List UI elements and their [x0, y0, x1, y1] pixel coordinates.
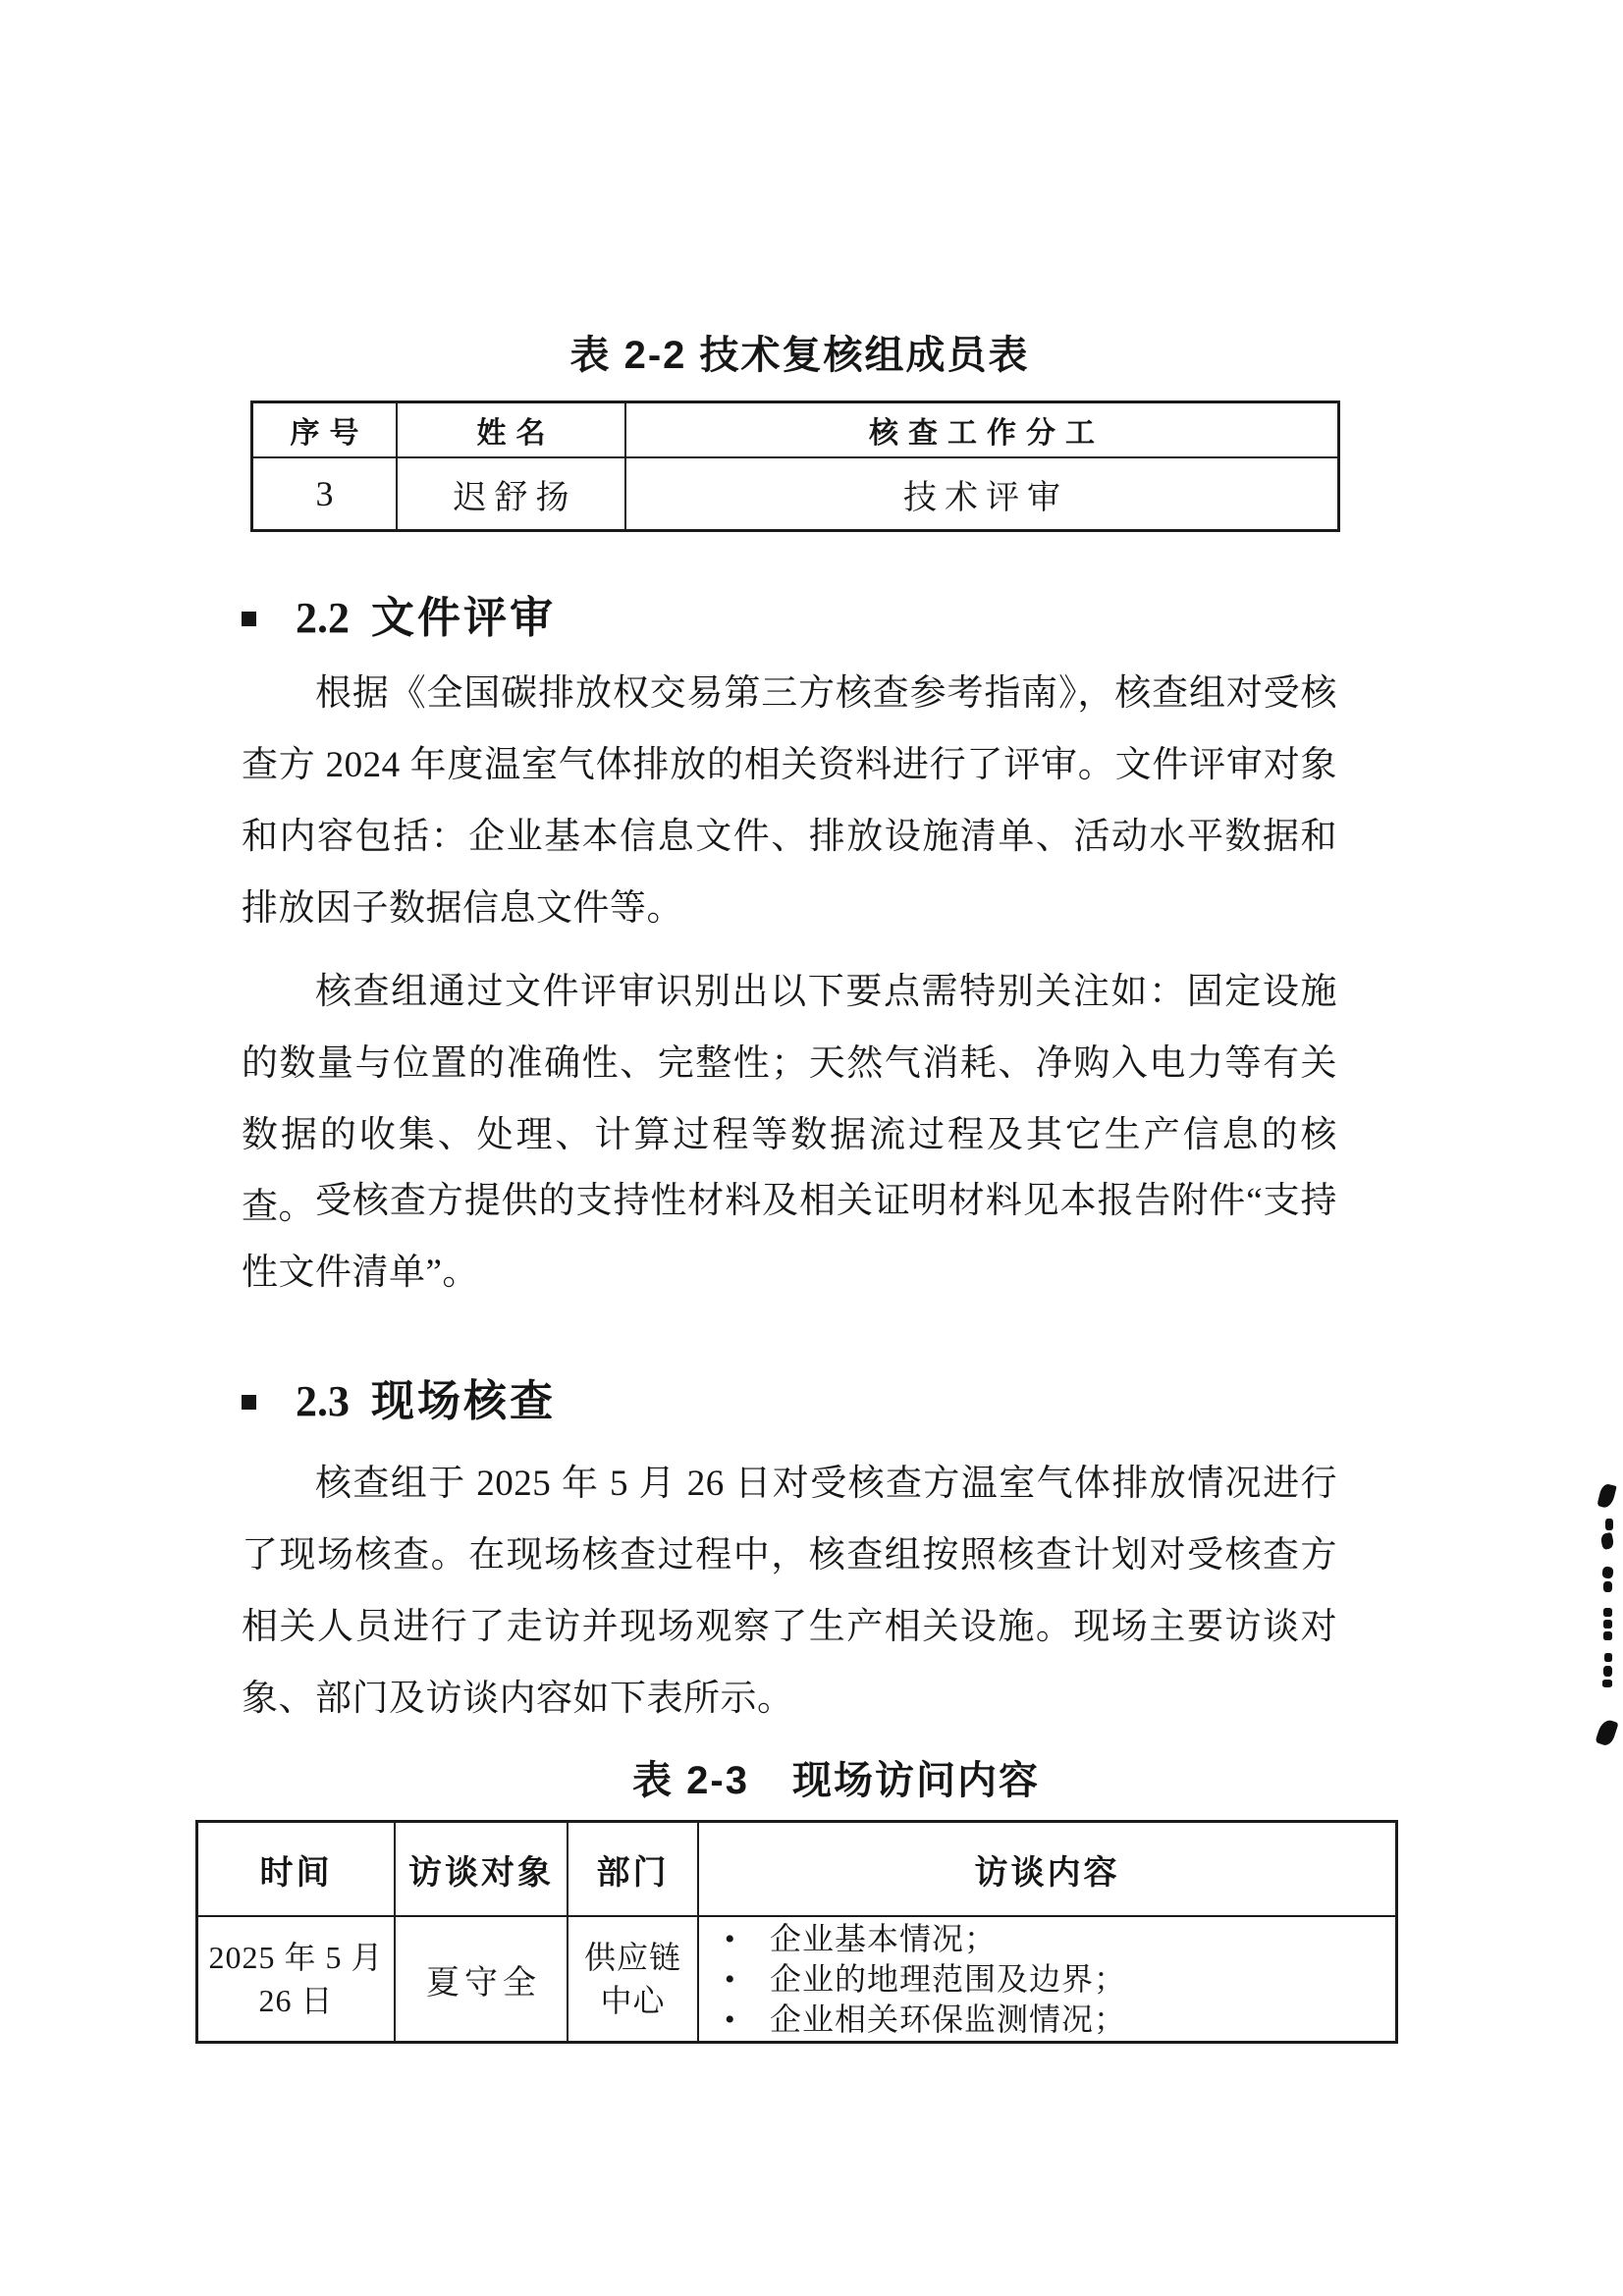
section-2-2-number: 2.2 [296, 593, 350, 644]
table-2-3-header-content: 访谈内容 [699, 1823, 1395, 1917]
document-page: 表 2-2 技术复核组成员表 序号 姓名 核查工作分工 3 迟舒扬 技术评审 2… [0, 0, 1623, 2296]
table-2-2-cell-name: 迟舒扬 [398, 458, 626, 529]
scan-artifact-mark [1601, 1566, 1614, 1578]
scan-artifact-mark [1595, 1718, 1618, 1747]
time-line-2: 26 日 [258, 1979, 333, 2022]
table-2-2-header-name: 姓名 [398, 403, 626, 458]
table-2-3-title-label: 表 2-3 [632, 1759, 749, 1802]
table-2-3-title-text: 现场访问内容 [792, 1759, 1040, 1802]
table-2-2-cell-assignment: 技术评审 [626, 458, 1337, 529]
section-2-2-paragraph-3: 受核查方提供的支持性材料及相关证明材料见本报告附件“支持性文件清单”。 [242, 1165, 1337, 1308]
section-2-3-title: 现场核查 [371, 1376, 556, 1427]
table-2-2-header-index: 序号 [253, 403, 398, 458]
table-2-3-cell-time: 2025 年 5 月 26 日 [198, 1917, 396, 2041]
bullet-icon: • [719, 2000, 770, 2040]
section-2-3-heading: 2.3 现场核查 [242, 1376, 556, 1427]
scan-artifact-mark [1603, 1608, 1612, 1617]
interview-content-3: 企业相关环保监测情况； [770, 2000, 1126, 2040]
scan-artifact-mark [1605, 1519, 1613, 1530]
table-2-2-header-assignment: 核查工作分工 [626, 403, 1337, 458]
scan-artifact-mark [1603, 1581, 1612, 1592]
section-2-2-heading: 2.2 文件评审 [242, 593, 556, 644]
scan-artifact-mark [1599, 1532, 1614, 1550]
scan-artifact-mark [1603, 1620, 1612, 1629]
table-2-3: 时间 访谈对象 部门 访谈内容 2025 年 5 月 26 日 夏守全 供应链 … [195, 1820, 1398, 2044]
time-line-1: 2025 年 5 月 [208, 1936, 383, 1979]
scan-artifact-mark [1596, 1483, 1616, 1510]
interview-content-1: 企业基本情况； [770, 1919, 997, 1959]
bullet-icon: • [719, 1919, 770, 1959]
table-2-3-title: 表 2-3现场访问内容 [25, 1749, 1623, 1805]
table-2-3-cell-content: • 企业基本情况； • 企业的地理范围及边界； • 企业相关环保监测情况； [699, 1917, 1395, 2041]
section-2-3-number: 2.3 [296, 1376, 350, 1427]
heading-bullet-icon [242, 612, 256, 626]
table-2-3-header-department: 部门 [568, 1823, 699, 1917]
table-2-2-title: 表 2-2 技术复核组成员表 [0, 324, 1611, 380]
scan-artifact-mark [1604, 1653, 1612, 1662]
bullet-icon: • [719, 1959, 770, 2000]
interview-content-2: 企业的地理范围及边界； [770, 1959, 1126, 2000]
list-item: • 企业基本情况； [719, 1919, 997, 1959]
section-2-2-paragraph-1: 根据《全国碳排放权交易第三方核查参考指南》，核查组对受核查方 2024 年度温室… [242, 658, 1337, 944]
table-2-3-cell-interviewee: 夏守全 [396, 1917, 568, 2041]
table-2-3-cell-department: 供应链 中心 [568, 1917, 699, 2041]
section-2-2-title: 文件评审 [371, 593, 556, 644]
list-item: • 企业相关环保监测情况； [719, 2000, 1126, 2040]
table-2-3-header-time: 时间 [198, 1823, 396, 1917]
department-line-2: 中心 [600, 1979, 665, 2022]
scan-artifact-mark [1602, 1680, 1612, 1687]
scan-artifact-mark [1603, 1631, 1612, 1640]
table-2-2-cell-index: 3 [253, 458, 398, 529]
section-2-3-paragraph-1: 核查组于 2025 年 5 月 26 日对受核查方温室气体排放情况进行了现场核查… [242, 1448, 1337, 1735]
heading-bullet-icon [242, 1395, 256, 1410]
department-line-1: 供应链 [584, 1936, 681, 1979]
scan-artifact-mark [1603, 1666, 1612, 1677]
list-item: • 企业的地理范围及边界； [719, 1959, 1126, 2000]
table-2-2: 序号 姓名 核查工作分工 3 迟舒扬 技术评审 [250, 400, 1340, 532]
table-2-3-header-interviewee: 访谈对象 [396, 1823, 568, 1917]
